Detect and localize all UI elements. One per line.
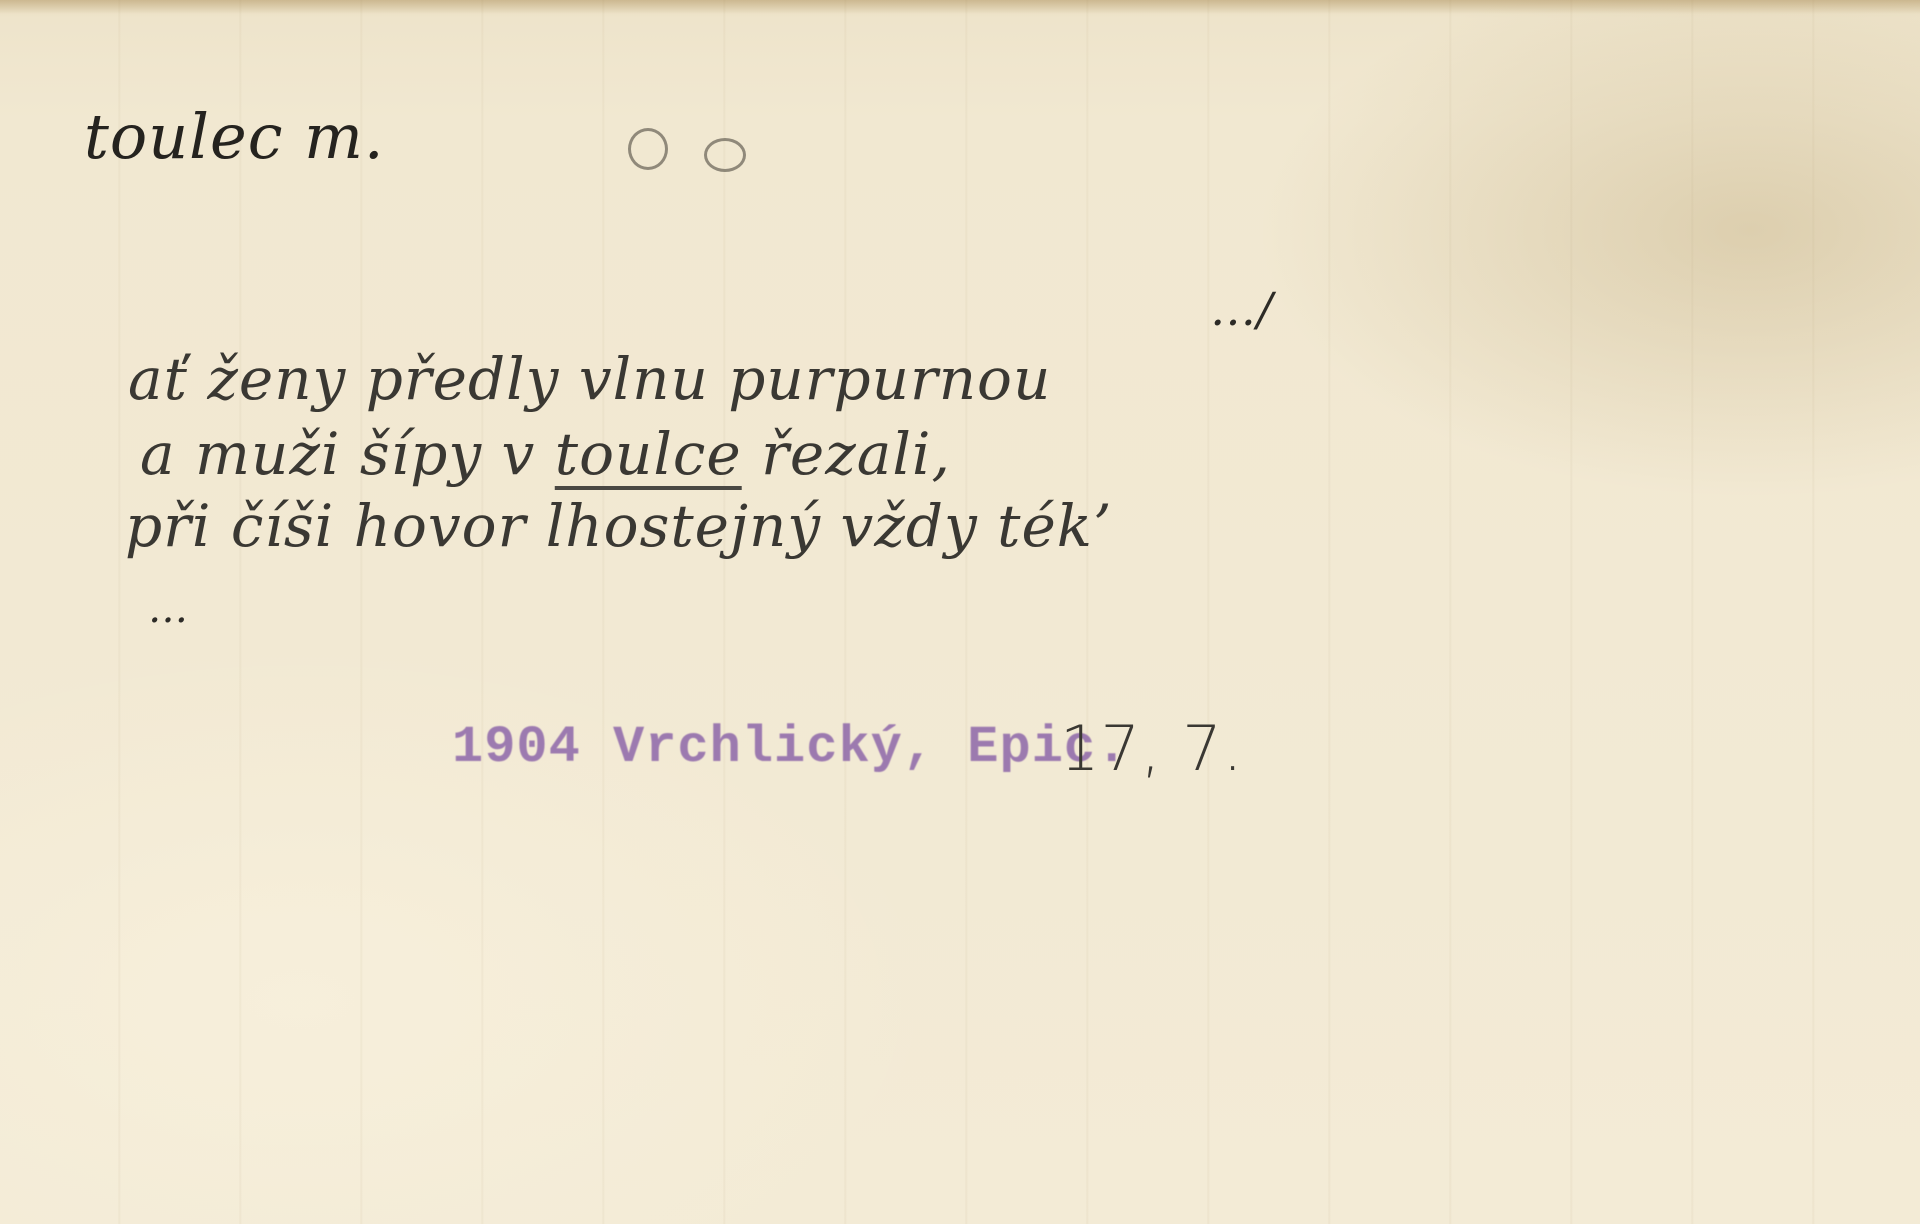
keyword-underlined: toulce — [555, 420, 742, 488]
ellipsis-top: …/ — [1210, 282, 1274, 336]
quote-line-2: a muži šípy v toulce řezali, — [140, 420, 951, 488]
source-reference: 17, 7. — [1060, 712, 1243, 785]
quote-line-3: při číši hovor lhostejný vždy ték’ — [125, 492, 1112, 560]
headword: toulec m. — [84, 100, 385, 173]
source-stamp: 1904 Vrchlický, Epic. — [452, 718, 1128, 777]
quote-line-2-end: řezali, — [742, 420, 951, 488]
dictionary-index-card: toulec m. …/ ať ženy předly vlnu purpurn… — [0, 0, 1920, 1224]
quote-line-2-start: a muži šípy v — [140, 420, 555, 488]
annotation-marks — [628, 128, 746, 172]
circle-mark-icon — [628, 128, 668, 170]
quote-line-1: ať ženy předly vlnu purpurnou — [128, 345, 1051, 413]
ellipsis-bottom: … — [148, 586, 189, 632]
circle-mark-icon — [704, 138, 746, 172]
